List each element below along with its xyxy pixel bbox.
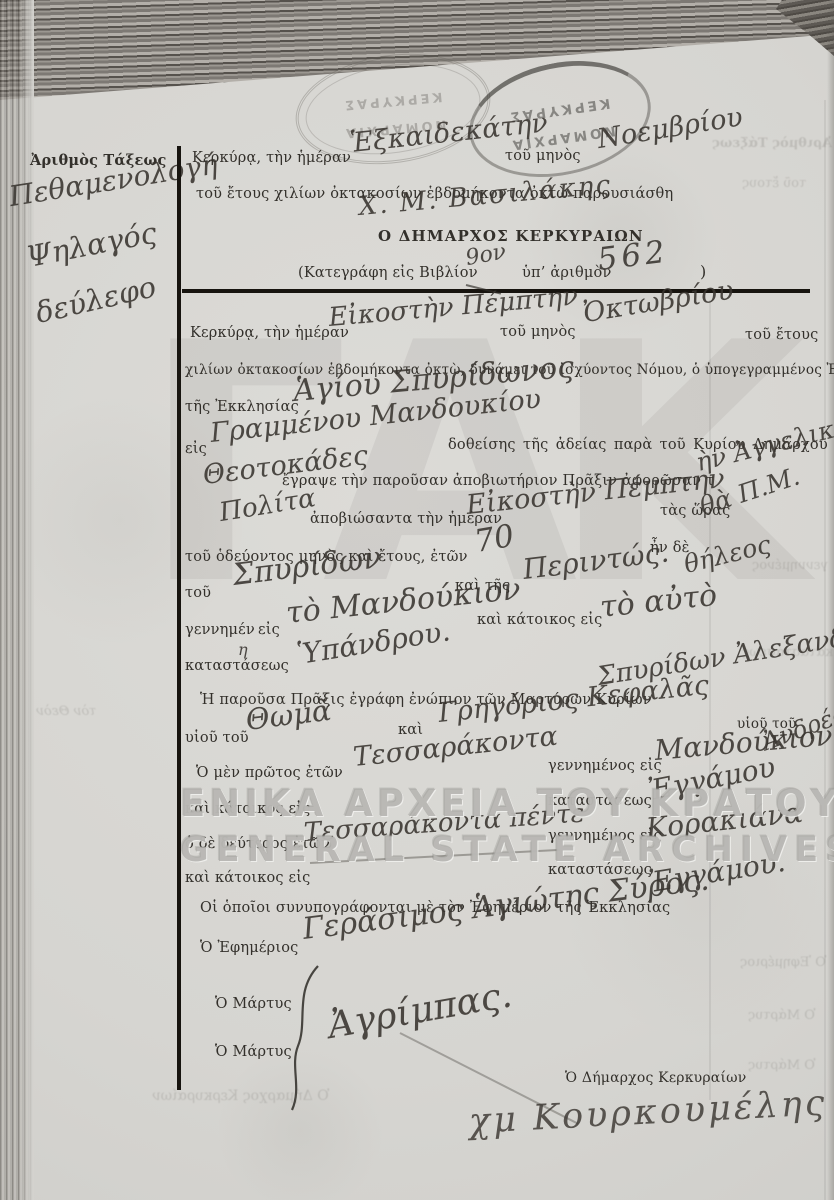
ghost-born: γεννημένος — [752, 558, 828, 573]
gender-suffix-handwriting: η — [238, 640, 248, 659]
mayor-signature: χμ Κουρκουμέλης — [468, 1083, 828, 1142]
witness-joint-signature: Ἀγρίμπας. — [325, 974, 515, 1047]
s2-parish-prefix: εἰς — [185, 441, 207, 457]
s2-second-witness-resident-label: καὶ κάτοικος εἰς — [185, 870, 310, 886]
s2-witness1-father-label: υἱοῦ τοῦ — [185, 730, 249, 746]
s2-resident-label: καὶ κάτοικος εἰς — [477, 612, 602, 628]
ghost-year: τοῦ ἔτους — [742, 176, 806, 191]
vertical-divider-rule — [177, 146, 181, 1090]
s2-month-label: τοῦ μηνὸς — [500, 324, 576, 340]
archive-watermark-english: GENERAL STATE ARCHIVES — [180, 830, 834, 870]
s2-born-prefix: γεννημέν — [185, 622, 255, 638]
s2-place-line: Κερκύρᾳ, τὴν ἡμέραν — [190, 325, 349, 341]
s2-first-witness-born-label: γεννημένος εἰς — [548, 758, 662, 774]
first-witness-age-handwriting: Τεσσαράκοντα — [352, 721, 559, 773]
ghost-status: καταστάσεως — [742, 645, 833, 660]
priest-label: Ὁ Ἐφημέριος — [200, 940, 298, 956]
ghost-order-label: Ἀριθμὸς Τάξεως — [712, 136, 832, 151]
ghost-witness2-label: Ὁ Μάρτυς — [748, 1058, 815, 1073]
witness2-name-handwriting: Γρηγόριος Κεφαλᾶς — [437, 670, 711, 729]
ghost-mayor-label: Ὁ Δήμαρχος Κερκυραίων — [152, 1088, 329, 1104]
ghost-left-margin: τὸν Θεὸν — [36, 704, 96, 719]
page-edge-right — [827, 0, 834, 1200]
s1-book-number-handwriting: 9ον — [464, 239, 508, 271]
s1-act-number-handwriting: 562 — [596, 234, 671, 278]
ghost-priest-label: Ὁ Ἐφημέριος — [740, 955, 826, 970]
scanned-death-record-page: ΓΑΚ ΝΟΜΑΡΧΙΑ ΚΕΡΚΥΡΑΣ ΝΟΜΑΡΧΙΑ ΚΕΡΚΥΡΑΣ … — [0, 0, 834, 1200]
witness1-label: Ὁ Μάρτυς — [215, 996, 292, 1012]
s2-father-label: τοῦ — [185, 585, 211, 601]
ghost-witness1-label: Ὁ Μάρτυς — [748, 1008, 815, 1023]
s2-status-label: καταστάσεως — [185, 658, 289, 674]
mayor-signature-label: Ὁ Δήμαρχος Κερκυραίων — [565, 1070, 746, 1086]
s1-place-line: Κερκύρᾳ, τὴν ἡμέραν — [192, 150, 351, 166]
s2-year-suffix: τοῦ ἔτους — [745, 327, 818, 343]
s2-born-at-label: εἰς — [258, 622, 280, 638]
stamp-text-line2: ΚΕΡΚΥΡΑΣ — [297, 85, 488, 117]
witness2-label: Ὁ Μάρτυς — [215, 1044, 292, 1060]
s1-register-prefix: (Κατεγράφη εἰς Βιβλίον — [298, 265, 478, 281]
s1-month-label: τοῦ μηνὸς — [505, 148, 581, 164]
margin-handwriting-2: Ψηλαγός — [24, 215, 160, 274]
age-handwriting: 70 — [472, 518, 517, 560]
priest-signature: Γεράσιμος Ἁγιώτης Σύρος. — [301, 862, 711, 947]
archive-watermark-greek: ΕΝΙΚΑ ΑΡΧΕΙΑ ΤΟΥ ΚΡΑΤΟΥΣ — [180, 782, 834, 825]
s2-first-witness-age-label: Ὁ μὲν πρῶτος ἐτῶν — [196, 765, 343, 781]
